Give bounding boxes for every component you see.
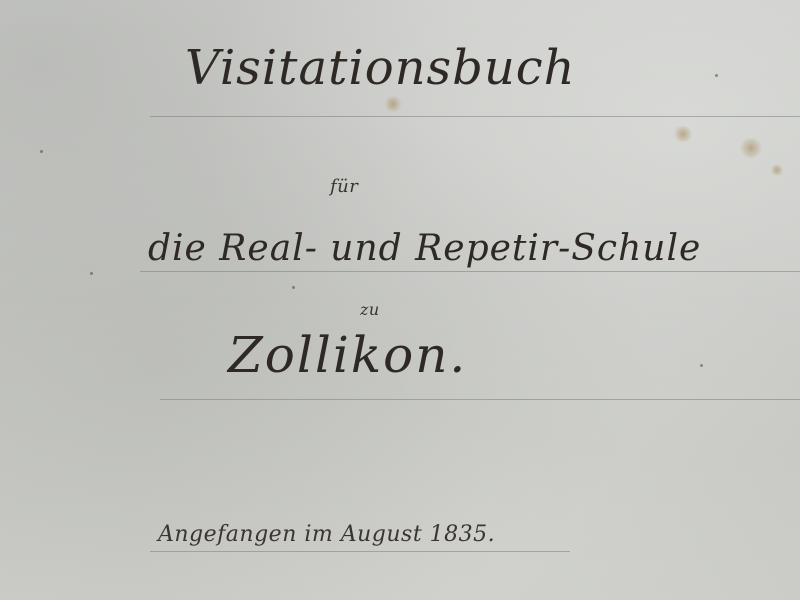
paper-stain bbox=[770, 164, 784, 176]
document-title: Visitationsbuch bbox=[185, 40, 576, 96]
school-name: die Real- und Repetir-Schule bbox=[148, 228, 701, 269]
document-page: Visitationsbuch für die Real- und Repeti… bbox=[0, 0, 800, 600]
paper-speck bbox=[90, 272, 93, 275]
paper-stain bbox=[738, 138, 764, 158]
place-name: Zollikon. bbox=[228, 326, 467, 384]
preposition-zu: zu bbox=[360, 300, 380, 319]
paper-speck bbox=[292, 286, 295, 289]
ruled-line bbox=[140, 271, 800, 272]
ruled-line bbox=[150, 551, 570, 552]
paper-stain bbox=[672, 126, 694, 142]
ruled-line bbox=[160, 399, 800, 400]
preposition-fuer: für bbox=[330, 176, 358, 197]
ruled-line bbox=[150, 116, 800, 117]
paper-stain bbox=[383, 96, 403, 112]
paper-speck bbox=[700, 364, 703, 367]
paper-speck bbox=[40, 150, 43, 153]
paper-speck bbox=[715, 74, 718, 77]
start-date-note: Angefangen im August 1835. bbox=[158, 522, 495, 547]
